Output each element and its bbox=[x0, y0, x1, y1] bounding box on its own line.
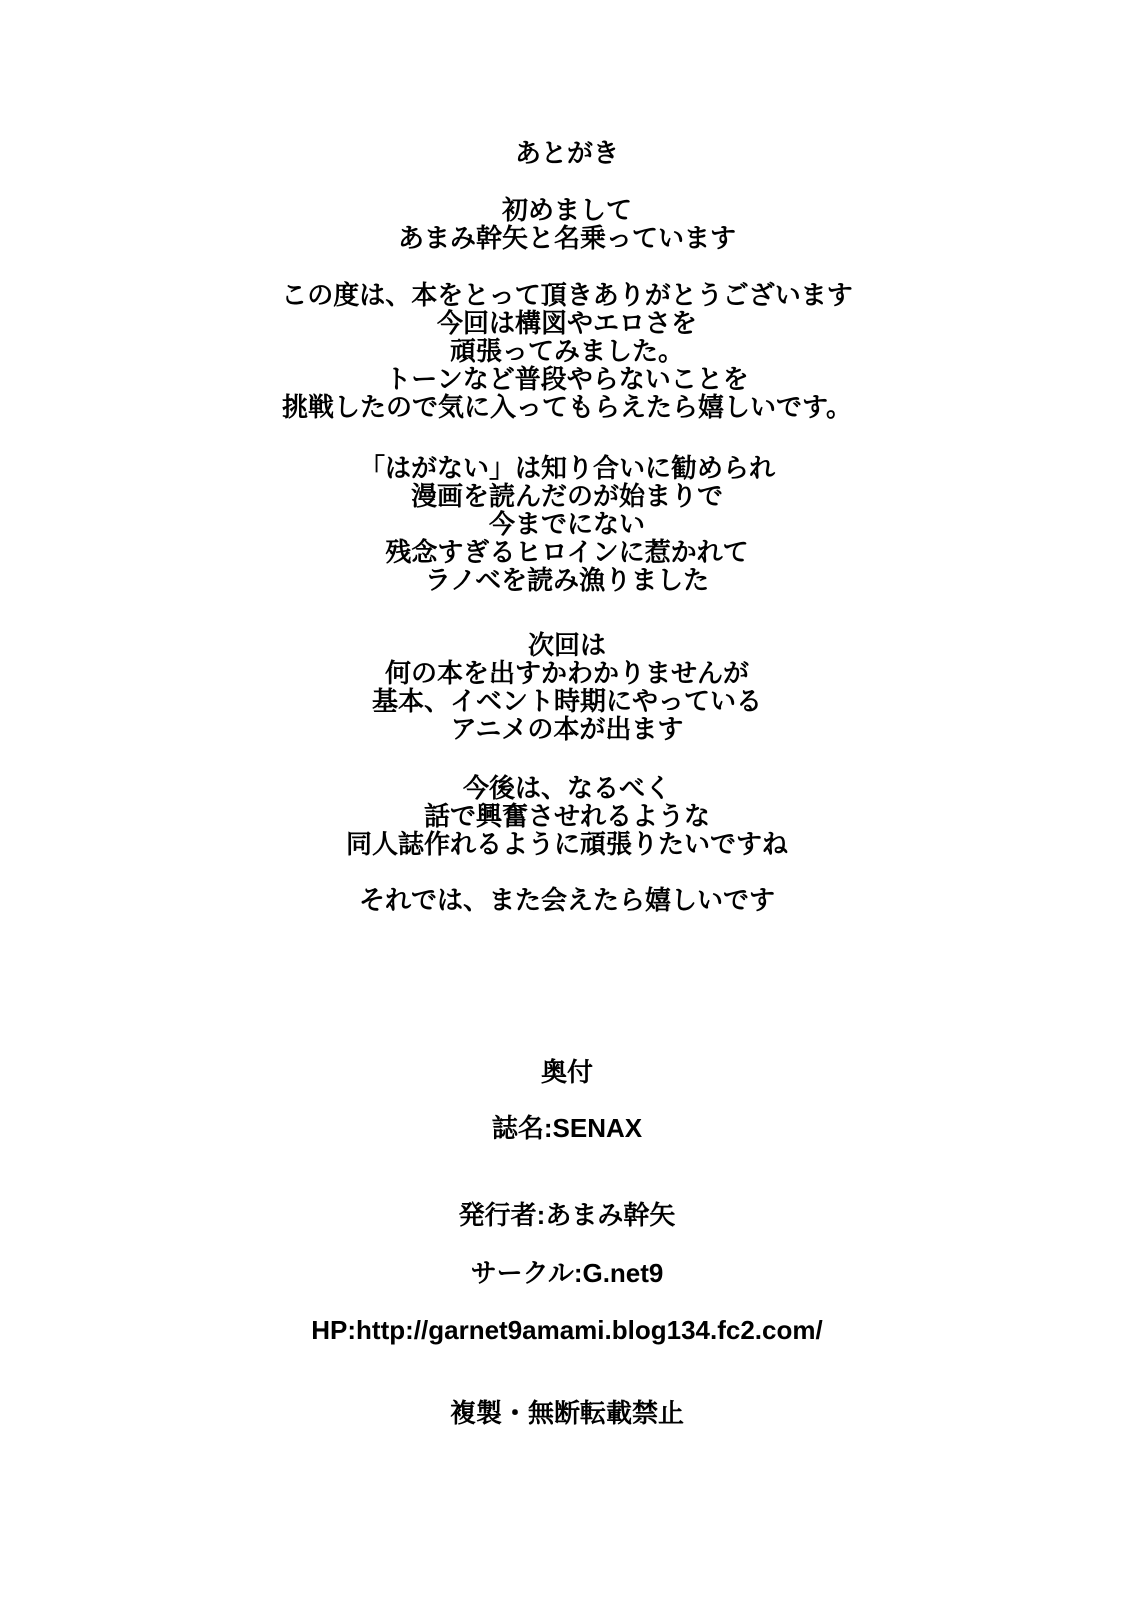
afterword-line: 基本、イベント時期にやっている bbox=[0, 687, 1134, 715]
afterword-paragraph-next-time: 次回は 何の本を出すかわかりませんが 基本、イベント時期にやっている アニメの本… bbox=[0, 631, 1134, 743]
afterword-line: 何の本を出すかわかりませんが bbox=[0, 659, 1134, 687]
colophon-homepage-text: HP:http://garnet9amami.blog134.fc2.com/ bbox=[0, 1316, 1134, 1344]
colophon-notice-text: 複製・無断転載禁止 bbox=[0, 1399, 1134, 1427]
afterword-page: あとがき 初めまして あまみ幹矢と名乗っています この度は、本をとって頂きありが… bbox=[0, 0, 1134, 1602]
colophon-publisher-block: 発行者:あまみ幹矢 bbox=[0, 1201, 1134, 1229]
afterword-line: 初めまして bbox=[0, 196, 1134, 224]
colophon-homepage-url: HP:http://garnet9amami.blog134.fc2.com/ bbox=[0, 1316, 1134, 1344]
page-title: あとがき bbox=[0, 139, 1134, 167]
afterword-line: 話で興奮させれるような bbox=[0, 802, 1134, 830]
afterword-line: 漫画を読んだのが始まりで bbox=[0, 482, 1134, 510]
colophon-heading: 奥付 bbox=[0, 1058, 1134, 1086]
colophon-circle-block: サークル:G.net9 bbox=[0, 1259, 1134, 1287]
afterword-paragraph-farewell: それでは、また会えたら嬉しいです bbox=[0, 886, 1134, 914]
afterword-paragraph-intro: 初めまして あまみ幹矢と名乗っています bbox=[0, 196, 1134, 252]
afterword-paragraph-haganai: 「はがない」は知り合いに勧められ 漫画を読んだのが始まりで 今までにない 残念す… bbox=[0, 454, 1134, 594]
afterword-line: 挑戦したので気に入ってもらえたら嬉しいです。 bbox=[0, 393, 1134, 421]
afterword-line: この度は、本をとって頂きありがとうございます bbox=[0, 281, 1134, 309]
colophon-book-title-block: 誌名:SENAX bbox=[0, 1114, 1134, 1142]
colophon-book-title: 誌名:SENAX bbox=[0, 1114, 1134, 1142]
afterword-line: アニメの本が出ます bbox=[0, 715, 1134, 743]
afterword-line: 今回は構図やエロさを bbox=[0, 309, 1134, 337]
afterword-line: 「はがない」は知り合いに勧められ bbox=[0, 454, 1134, 482]
colophon-copyright-notice: 複製・無断転載禁止 bbox=[0, 1399, 1134, 1427]
afterword-line: 今までにない bbox=[0, 510, 1134, 538]
colophon-circle: サークル:G.net9 bbox=[0, 1259, 1134, 1287]
afterword-paragraph-future: 今後は、なるべく 話で興奮させれるような 同人誌作れるように頑張りたいですね bbox=[0, 774, 1134, 858]
afterword-line: 残念すぎるヒロインに惹かれて bbox=[0, 538, 1134, 566]
afterword-line: 頑張ってみました。 bbox=[0, 337, 1134, 365]
afterword-line: 次回は bbox=[0, 631, 1134, 659]
afterword-line: 同人誌作れるように頑張りたいですね bbox=[0, 830, 1134, 858]
afterword-line: ラノベを読み漁りました bbox=[0, 566, 1134, 594]
colophon-heading-block: 奥付 bbox=[0, 1058, 1134, 1086]
afterword-line: あまみ幹矢と名乗っています bbox=[0, 224, 1134, 252]
colophon-publisher: 発行者:あまみ幹矢 bbox=[0, 1201, 1134, 1229]
afterword-paragraph-thanks: この度は、本をとって頂きありがとうございます 今回は構図やエロさを 頑張ってみま… bbox=[0, 281, 1134, 421]
afterword-line: トーンなど普段やらないことを bbox=[0, 365, 1134, 393]
afterword-line: 今後は、なるべく bbox=[0, 774, 1134, 802]
afterword-title-block: あとがき bbox=[0, 139, 1134, 167]
afterword-line: それでは、また会えたら嬉しいです bbox=[0, 886, 1134, 914]
